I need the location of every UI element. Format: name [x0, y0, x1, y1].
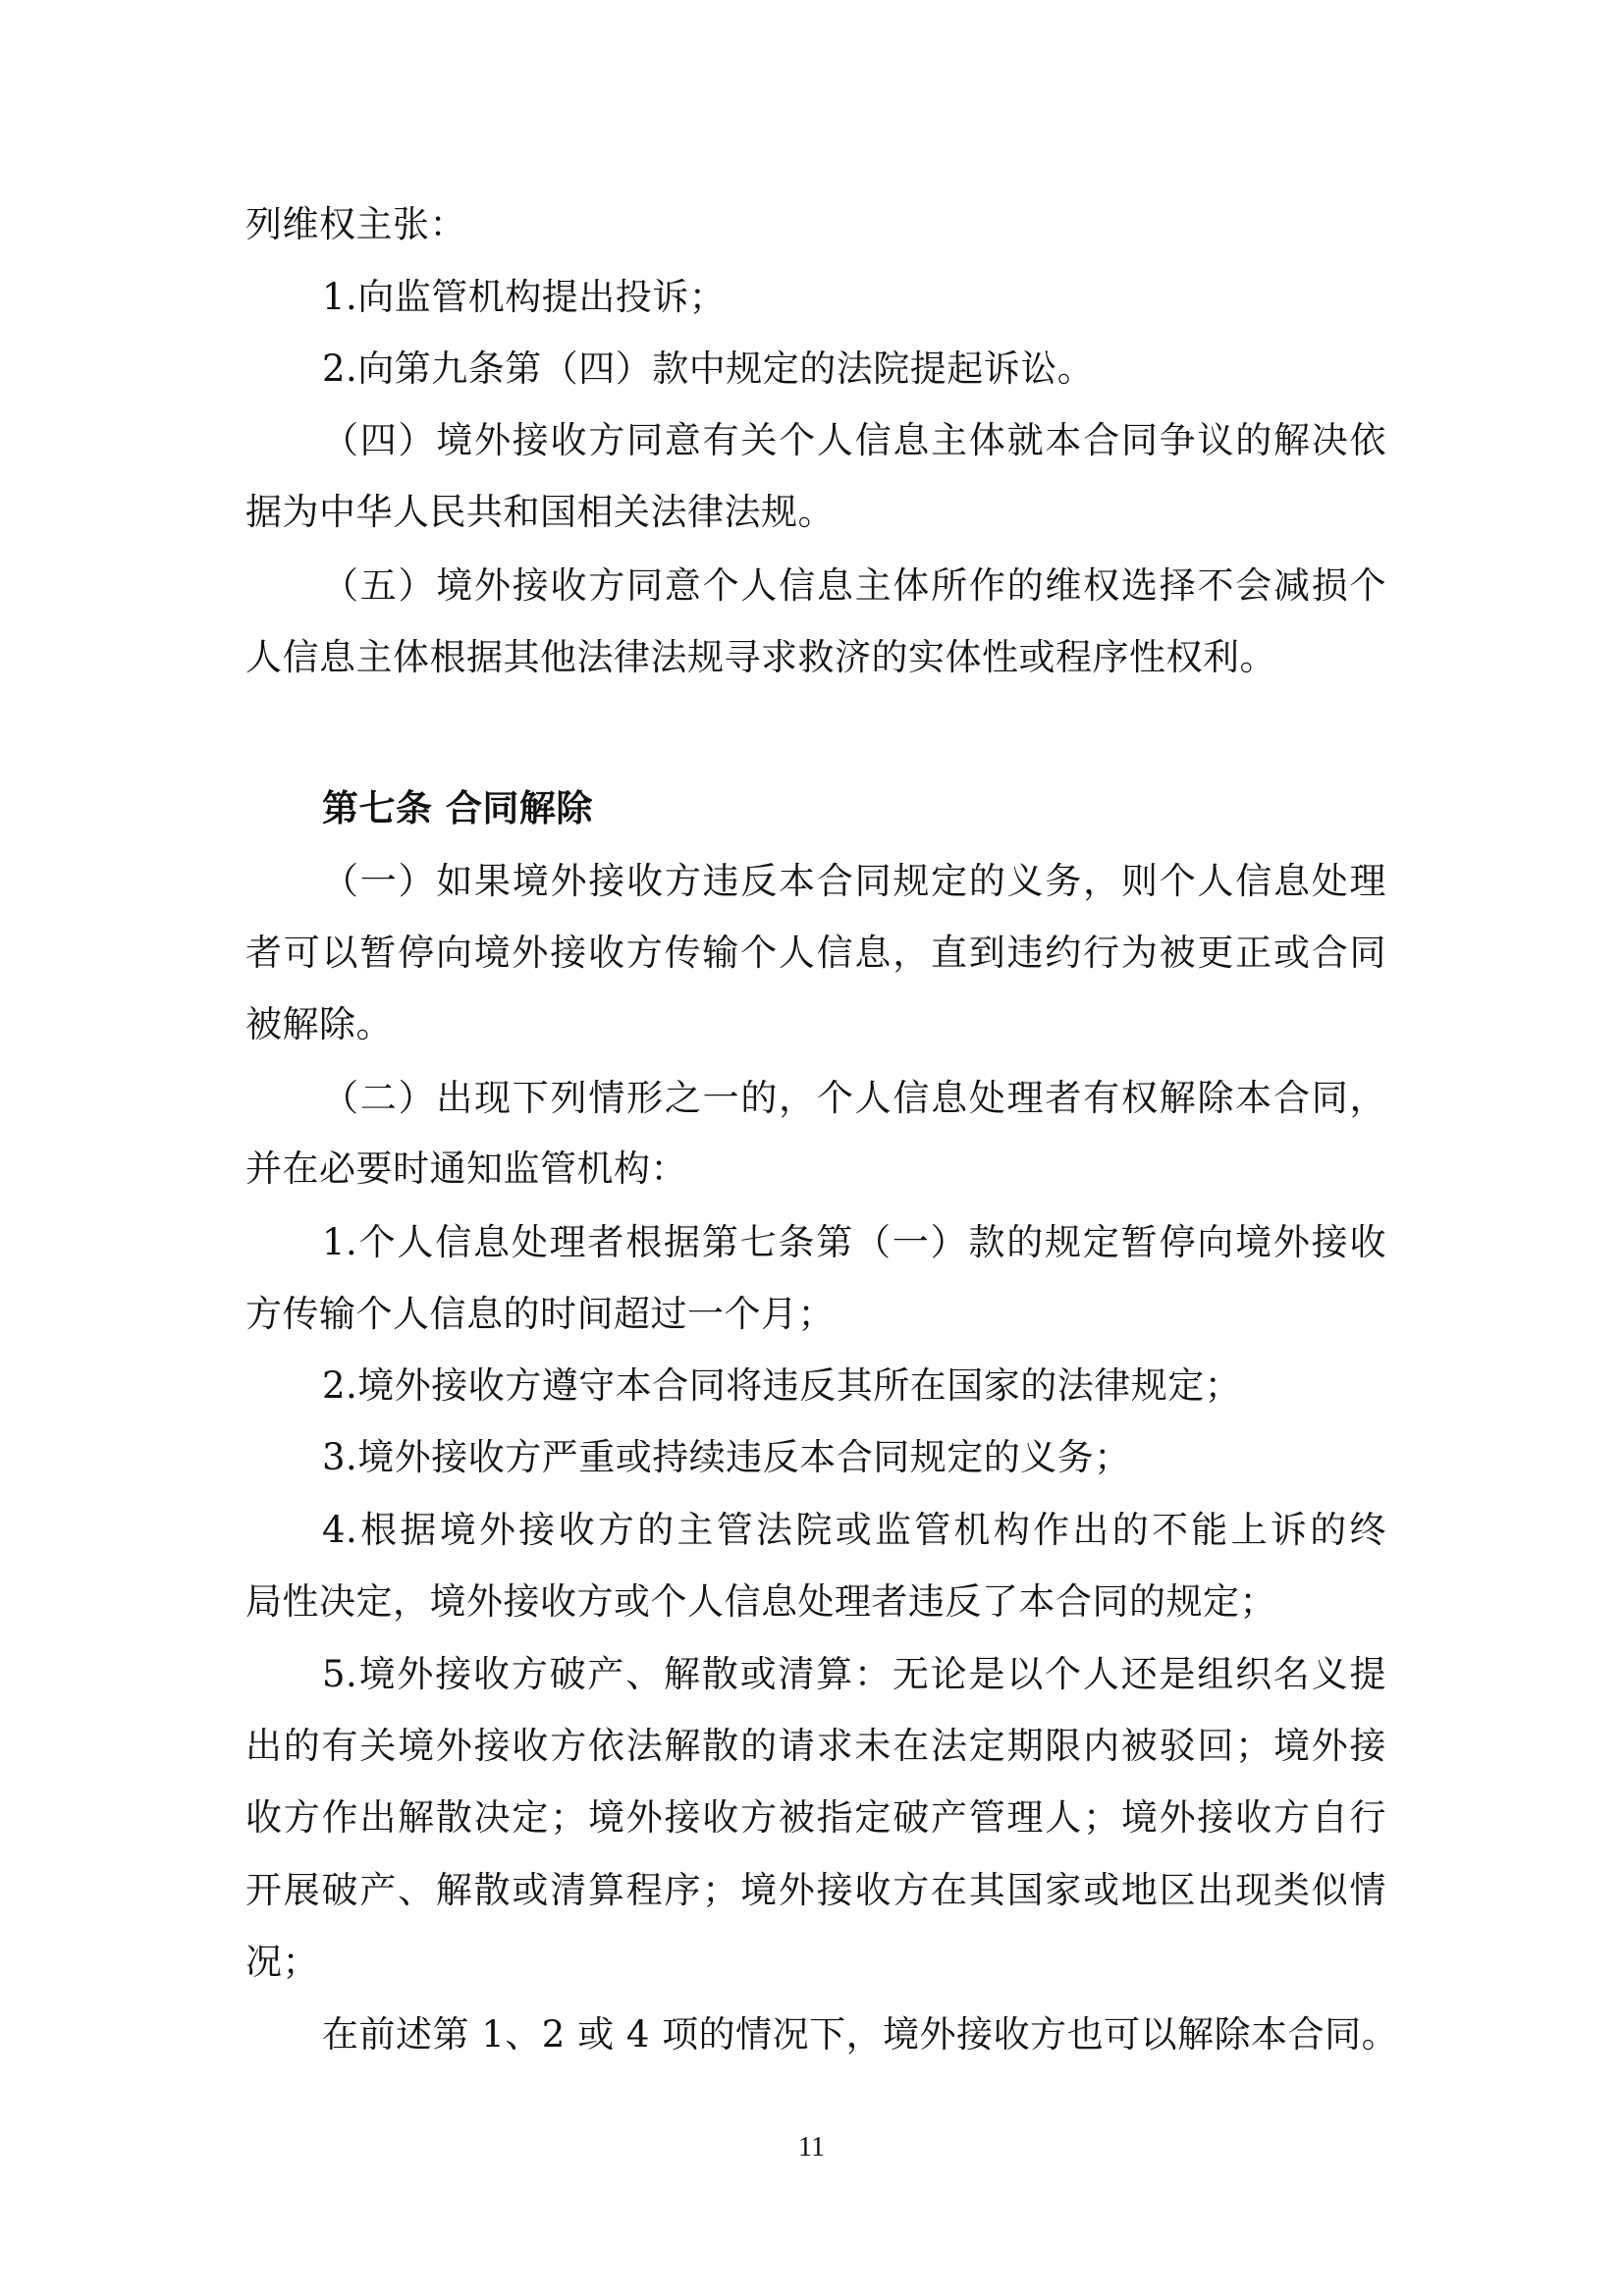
text-line: 据为中华人民共和国相关法律法规。 — [245, 489, 1386, 536]
text-line: 被解除。 — [245, 1001, 1386, 1048]
text-line: 局性决定，境外接收方或个人信息处理者违反了本合同的规定； — [245, 1578, 1386, 1626]
text-line: 收方作出解散决定；境外接收方被指定破产管理人；境外接收方自行 — [245, 1794, 1386, 1842]
document-page: 列维权主张：1.向监管机构提出投诉；2.向第九条第（四）款中规定的法院提起诉讼。… — [0, 0, 1623, 2296]
text-line: 并在必要时通知监管机构： — [245, 1146, 1386, 1193]
text-line: 1.个人信息处理者根据第七条第（一）款的规定暂停向境外接收 — [322, 1219, 1386, 1266]
section-heading: 第七条 合同解除 — [322, 784, 1386, 831]
text-line: 2.境外接收方遵守本合同将违反其所在国家的法律规定； — [322, 1362, 1386, 1410]
text-line: 4.根据境外接收方的主管法院或监管机构作出的不能上诉的终 — [322, 1507, 1386, 1554]
text-line: 在前述第 1、2 或 4 项的情况下，境外接收方也可以解除本合同。 — [322, 2011, 1386, 2058]
text-line: 人信息主体根据其他法律法规寻求救济的实体性或程序性权利。 — [245, 634, 1386, 681]
text-line: 出的有关境外接收方依法解散的请求未在法定期限内被驳回；境外接 — [245, 1723, 1386, 1770]
text-line: 开展破产、解散或清算程序；境外接收方在其国家或地区出现类似情 — [245, 1867, 1386, 1914]
text-line: （四）境外接收方同意有关个人信息主体就本合同争议的解决依 — [322, 417, 1386, 464]
text-line: 5.境外接收方破产、解散或清算：无论是以个人还是组织名义提 — [322, 1651, 1386, 1698]
text-line: （五）境外接收方同意个人信息主体所作的维权选择不会减损个 — [322, 562, 1386, 610]
text-line: 者可以暂停向境外接收方传输个人信息，直到违约行为被更正或合同 — [245, 930, 1386, 977]
text-line: 列维权主张： — [245, 201, 1386, 248]
page-number: 11 — [0, 2132, 1623, 2163]
text-line: 方传输个人信息的时间超过一个月； — [245, 1291, 1386, 1338]
text-line: （二）出现下列情形之一的，个人信息处理者有权解除本合同， — [322, 1075, 1386, 1122]
text-line: 况； — [245, 1939, 1386, 1986]
text-line: （一）如果境外接收方违反本合同规定的义务，则个人信息处理 — [322, 858, 1386, 905]
text-line: 2.向第九条第（四）款中规定的法院提起诉讼。 — [322, 346, 1386, 393]
text-line: 3.境外接收方严重或持续违反本合同规定的义务； — [322, 1434, 1386, 1481]
text-line: 1.向监管机构提出投诉； — [322, 274, 1386, 321]
